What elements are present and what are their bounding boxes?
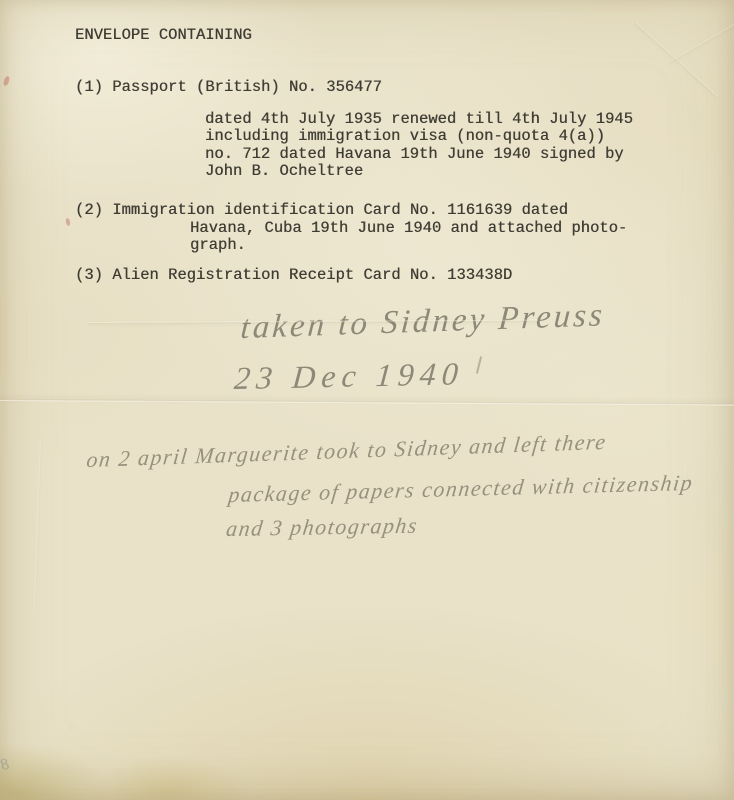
bleedthrough-number: 8096 009505 13 — [0, 756, 10, 788]
item-1-line: (1) Passport (British) No. 356477 — [75, 79, 382, 96]
edge-stain-mark — [3, 75, 11, 86]
document-heading: ENVELOPE CONTAINING — [75, 27, 252, 44]
scanned-document-page: ENVELOPE CONTAINING (1) Passport (Britis… — [0, 0, 734, 800]
item-2-detail-line: graph. — [190, 237, 246, 254]
handwritten-note-2-line-2: package of papers connected with citizen… — [227, 470, 695, 508]
item-2-detail-line: Havana, Cuba 19th June 1940 and attached… — [190, 220, 627, 237]
item-1-detail-line: dated 4th July 1935 renewed till 4th Jul… — [205, 111, 633, 128]
item-1-detail-line: including immigration visa (non-quota 4(… — [205, 128, 605, 145]
item-3-line: (3) Alien Registration Receipt Card No. … — [75, 267, 512, 284]
item-1-detail-line: no. 712 dated Havana 19th June 1940 sign… — [205, 146, 624, 163]
handwritten-note-2-line-3: and 3 photographs — [225, 513, 420, 542]
handwritten-note-2-line-1: on 2 april Marguerite took to Sidney and… — [85, 429, 608, 473]
horizontal-fold-crease — [0, 399, 734, 405]
stray-pencil-mark — [476, 356, 482, 374]
item-2-line: (2) Immigration identification Card No. … — [75, 202, 568, 219]
handwritten-note-1-line-2: 23 Dec 1940 — [233, 355, 466, 397]
vertical-crease — [34, 440, 42, 610]
corner-crease — [668, 22, 734, 64]
item-1-detail-line: John B. Ocheltree — [205, 163, 363, 180]
stray-ink-mark — [65, 218, 71, 227]
